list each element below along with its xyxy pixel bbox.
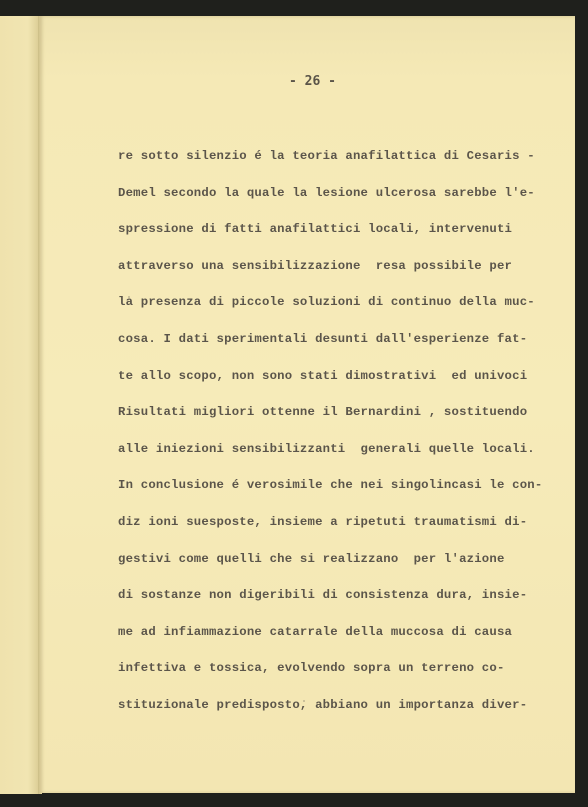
page-number: - 26 - xyxy=(40,74,575,89)
text-line: Risultati migliori ottenne il Bernardini… xyxy=(118,404,538,441)
text-line: te allo scopo, non sono stati dimostrati… xyxy=(118,368,538,405)
text-line: alle iniezioni sensibilizzanti generali … xyxy=(118,441,538,478)
text-line: spressione di fatti anafilattici locali,… xyxy=(118,221,538,258)
scanned-page-view: - 26 - re sotto silenzio é la teoria ana… xyxy=(0,0,588,807)
text-line: In conclusione é verosimile che nei sing… xyxy=(118,477,538,514)
text-line: infettiva e tossica, evolvendo sopra un … xyxy=(118,660,538,697)
text-line: re sotto silenzio é la teoria anafilatti… xyxy=(118,148,538,185)
text-line: attraverso una sensibilizzazione resa po… xyxy=(118,258,538,295)
text-line: diz ioni suesposte, insieme a ripetuti t… xyxy=(118,514,538,551)
text-line: di sostanze non digeribili di consistenz… xyxy=(118,587,538,624)
text-line: la presenza di piccole soluzioni di cont… xyxy=(118,294,538,331)
text-line: Demel secondo la quale la lesione ulcero… xyxy=(118,185,538,222)
text-line: me ad infiammazione catarrale della mucc… xyxy=(118,624,538,661)
text-line: gestivi come quelli che si realizzano pe… xyxy=(118,551,538,588)
body-text: re sotto silenzio é la teoria anafilatti… xyxy=(118,148,538,734)
text-line: stituzionale predisposto, abbiano un imp… xyxy=(118,697,538,734)
facing-page-edge xyxy=(0,16,40,794)
text-line: cosa. I dati sperimentali desunti dall'e… xyxy=(118,331,538,368)
